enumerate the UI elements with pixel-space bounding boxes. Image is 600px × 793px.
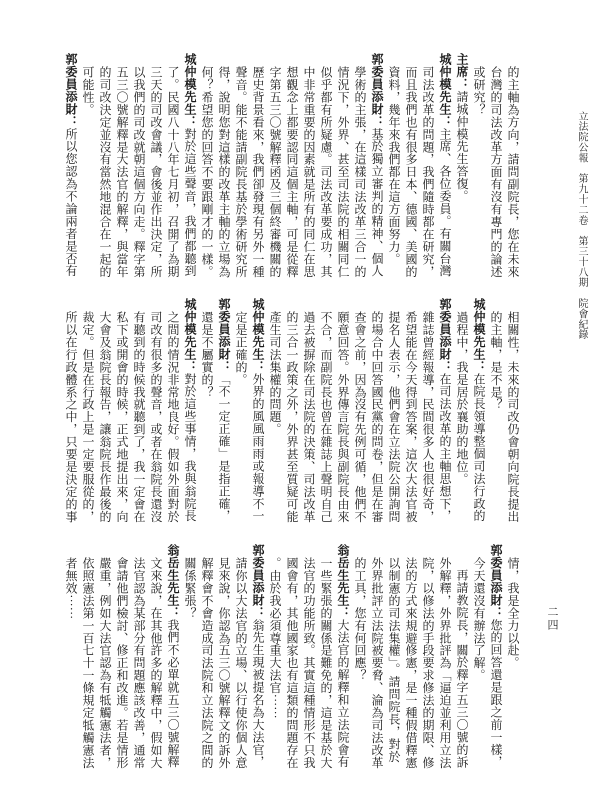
text-column: 法官的功能所致。其實這種情形不只我 [300, 544, 317, 770]
column-text: 的場合中回答國民黨的問卷，但是在審 [370, 311, 384, 523]
text-column: 產生司法集權的問題。 [266, 298, 283, 524]
column-text: 所以您認為不論兩者是否有 [64, 128, 78, 277]
text-column: 聲音。能不能請副院長基於學術研究所 [232, 53, 249, 279]
speaker-name: 郭委員添財： [64, 53, 78, 128]
text-column: 主席：請城仲模先生答復。 [453, 53, 470, 279]
column-text: 大法官的解釋和立法院會有 [336, 619, 350, 768]
column-text: 依照憲法第一百七十一條規定牴觸憲法 [81, 557, 95, 769]
text-column: 以我們的司改就朝這個方向走。釋字第 [130, 53, 147, 279]
column-text: 字第五三〇號解釋函及三個終審機關的 [268, 66, 282, 278]
text-column: 解釋會不會造成司法院和立法院之間的 [198, 544, 215, 770]
text-column: 院，以修法的手段要求修法的期限、修 [419, 544, 436, 770]
text-column: 嚴重，例如大法官認為有牴觸憲法者， [96, 544, 113, 770]
column-text: 私下或開會的時候，正式地提出來，向 [115, 311, 129, 523]
page-number: 二四 [544, 606, 560, 632]
text-column: 城仲模先生：在院長領導整個司法行政的 [470, 298, 487, 524]
text-band-middle: 相關性，未來的司改仍會朝向院長提出的主軸，是不是？城仲模先生：在院長領導整個司法… [62, 298, 521, 524]
column-text: 查會之前，因為沒有先例可循，他們不 [353, 311, 367, 523]
speaker-name: 郭委員添財： [370, 53, 384, 128]
speaker-name: 翁岳生先生： [166, 544, 180, 619]
column-text: 國會有，其他國家也有這類的問題存在 [285, 557, 299, 769]
text-column: 歷史背景看來，我們卻發現有另外一種 [249, 53, 266, 279]
text-column: 郭委員添財：「不一定正確」是指正確， [215, 298, 232, 524]
text-column: 所以在行政體系之中，只要是決定的事 [62, 298, 79, 524]
text-column: 城仲模先生：主席、各位委員。有關台灣 [436, 53, 453, 279]
column-text: 相關性，未來的司改仍會朝向院長提出 [506, 311, 520, 523]
column-text: 了。民國八十八年七月初，召開了為期 [166, 66, 180, 278]
text-column: 請你以大法官的立場、以行使你個人意 [232, 544, 249, 770]
text-column: 郭委員添財：您的回答還是跟之前一樣， [487, 544, 504, 770]
column-text: 情，我是全力以赴。 [506, 557, 520, 669]
column-text: 我們不必單就五三〇號解釋 [166, 619, 180, 768]
column-text: 者無效⋯⋯ [64, 557, 78, 619]
text-column: 學術的主張，在這樣司法改革三合一的 [351, 53, 368, 279]
text-column: 以制憲的司法集權」。請問院長，對於 [385, 544, 402, 770]
column-text: 裁定。但是在行政上是一定要服從的， [81, 311, 95, 523]
text-column: 私下或開會的時候，正式地提出來，向 [113, 298, 130, 524]
column-text: 過程中，我是居於襄助的地位。 [455, 311, 469, 485]
column-text: 翁先生現被提名為大法官， [251, 619, 265, 768]
column-text: 的工具，您有何回應？ [353, 557, 367, 682]
text-column: 的主軸為方向，請問副院長，您在未來 [504, 53, 521, 279]
text-column: 文來說，在其他許多的解釋中，假如大 [147, 544, 164, 770]
column-text: 雜誌曾經報導，民間很多人也很好奇， [421, 311, 435, 523]
text-column: 者無效⋯⋯ [62, 544, 79, 770]
column-text: 的司改決定並沒有當然地混合在一起的 [98, 66, 112, 278]
text-column: 提名人表示，他們會在立法院公開詢問 [385, 298, 402, 524]
column-text: 提名人表示，他們會在立法院公開詢問 [387, 311, 401, 523]
column-text: 主席、各位委員。有關台灣 [438, 128, 452, 277]
column-text: 外界批評立法院被要脅、淪為司法改革 [370, 557, 384, 769]
column-text: 今天還沒有辦法了解。 [472, 557, 486, 682]
text-column: 情況下，外界、甚至司法院的相關同仁 [334, 53, 351, 279]
column-text: 法官認為某部分有問題應該改善，通常 [132, 557, 146, 769]
text-column: 的工具，您有何回應？ [351, 544, 368, 770]
text-column: 國會有，其他國家也有這類的問題存在 [283, 544, 300, 770]
column-text: 三天的司改會議，會後並作出決定，所 [149, 66, 163, 278]
text-column: 郭委員添財：翁先生現被提名為大法官， [249, 544, 266, 770]
column-text: 得，說明您對這樣的改革主軸的立場為 [217, 66, 231, 278]
text-column: 依照憲法第一百七十一條規定牴觸憲法 [79, 544, 96, 770]
column-text: 學術的主張，在這樣司法改革三合一的 [353, 66, 367, 278]
column-text: 解釋會不會造成司法院和立法院之間的 [200, 557, 214, 769]
column-text: 歷史背景看來，我們卻發現有另外一種 [251, 66, 265, 278]
text-column: 裁定。但是在行政上是一定要服從的， [79, 298, 96, 524]
gazette-page: 立法院公報 第九十二卷 第三十八期 院會紀錄 二四 的主軸為方向，請問副院長，您… [0, 0, 600, 793]
speaker-name: 主席： [455, 53, 469, 90]
text-column: 法的方式來規避修憲，是一種假借釋憲 [402, 544, 419, 770]
text-column: 今天還沒有辦法了解。 [470, 544, 487, 770]
column-text: 不合，而副院長也曾在雜誌上聲明自己 [319, 311, 333, 523]
column-text: 院，以修法的手段要求修法的期限、修 [421, 557, 435, 769]
column-text: 定是正確的。 [234, 311, 248, 386]
text-column: 還是不屬實的？ [198, 298, 215, 524]
speaker-name: 翁岳生先生： [336, 544, 350, 619]
column-text: 所以在行政體系之中，只要是決定的事 [64, 311, 78, 523]
text-column: 的場合中回答國民黨的問卷，但是在審 [368, 298, 385, 524]
column-text: 聲音。能不能請副院長基於學術研究所 [234, 66, 248, 278]
text-column: 或研究？ [470, 53, 487, 279]
speaker-name: 郭委員添財： [251, 544, 265, 619]
speaker-name: 城仲模先生： [472, 298, 486, 373]
column-text: 情況下，外界、甚至司法院的相關同仁 [336, 66, 350, 278]
text-column: 三天的司改會議，會後並作出決定，所 [147, 53, 164, 279]
text-column: 定是正確的。 [232, 298, 249, 524]
column-text: 還是不屬實的？ [200, 311, 214, 398]
column-text: 法的方式來規避修憲，是一種假借釋憲 [404, 557, 418, 769]
gazette-header: 立法院公報 第九十二卷 第三十八期 院會紀錄 [574, 111, 589, 340]
text-column: 雜誌曾經報導，民間很多人也很好奇， [419, 298, 436, 524]
column-text: 的主軸為方向，請問副院長，您在未來 [506, 66, 520, 278]
text-column: 會請他們檢討、修正和改進。若是情形 [113, 544, 130, 770]
speaker-name: 城仲模先生： [183, 53, 197, 128]
column-text: 外界的風風雨雨或報導不一 [251, 373, 265, 522]
text-column: 願意回答。外界傳言院長與副院長由來 [334, 298, 351, 524]
column-text: 再請教院長，關於釋字五三〇號的訴 [455, 569, 469, 768]
column-text: 台灣的司法改革方面有沒有專門的論述 [489, 66, 503, 278]
column-text: 大會及翁院長報告，讓翁院長作最後的 [98, 311, 112, 523]
column-text: 中非常重要的因素就是所有的同仁在思 [302, 66, 316, 278]
column-text: 見來說，你認為五三〇號解釋文的訴外 [217, 557, 231, 769]
column-text: 何？希望您的回答不要跟剛才的一樣。 [200, 66, 214, 278]
text-column: 郭委員添財：基於獨立審判的精神、個人 [368, 53, 385, 279]
column-text: 有聽到的時候我就聽到了，我一定會在 [132, 311, 146, 523]
text-column: 何？希望您的回答不要跟剛才的一樣。 [198, 53, 215, 279]
text-column: 過程中，我是居於襄助的地位。 [453, 298, 470, 524]
speaker-name: 郭委員添財： [438, 298, 452, 373]
text-column: 相關性，未來的司改仍會朝向院長提出 [504, 298, 521, 524]
text-column: 司改有很多的聲音，或者在翁院長還沒 [147, 298, 164, 524]
speaker-name: 郭委員添財： [489, 544, 503, 619]
column-text: 「不一定正確」是指正確， [217, 373, 231, 522]
text-band-bottom: 情，我是全力以赴。郭委員添財：您的回答還是跟之前一樣，今天還沒有辦法了解。再請教… [62, 544, 521, 770]
text-column: 城仲模先生：對於這些聲音，我們都聽到 [181, 53, 198, 279]
text-column: 而且我們也有很多日本、德國、美國的 [402, 53, 419, 279]
column-text: 法官的功能所致。其實這種情形不只我 [302, 557, 316, 769]
column-text: 請城仲模先生答復。 [455, 90, 469, 202]
column-text: 以制憲的司法集權」。請問院長，對於 [387, 557, 401, 763]
text-column: 有聽到的時候我就聽到了，我一定會在 [130, 298, 147, 524]
text-column: 情，我是全力以赴。 [504, 544, 521, 770]
column-text: 過去被摒除在司法院的決策、司法改革 [302, 311, 316, 523]
speaker-name: 城仲模先生： [183, 298, 197, 373]
column-text: 的主軸，是不是？ [489, 311, 503, 411]
column-text: 之間的情況非常地良好。假如外面對於 [166, 311, 180, 523]
text-column: 的司改決定並沒有當然地混合在一起的 [96, 53, 113, 279]
text-column: 翁岳生先生：我們不必單就五三〇號解釋 [164, 544, 181, 770]
text-column: 五三〇號解釋是大法官的解釋，與當年 [113, 53, 130, 279]
column-text: 想觀念上都要認同這個主軸，可是從釋 [285, 66, 299, 278]
text-band-top: 的主軸為方向，請問副院長，您在未來台灣的司法改革方面有沒有專門的論述或研究？主席… [62, 53, 521, 279]
text-column: 想觀念上都要認同這個主軸，可是從釋 [283, 53, 300, 279]
speaker-name: 城仲模先生： [438, 53, 452, 128]
column-text: 司改有很多的聲音，或者在翁院長還沒 [149, 311, 163, 523]
text-column: 字第五三〇號解釋函及三個終審機關的 [266, 53, 283, 279]
column-text: 產生司法集權的問題。 [268, 311, 282, 436]
text-column: 關係緊張？ [181, 544, 198, 770]
column-text: 似乎都有所疑慮。司法改革要成功，其 [319, 66, 333, 278]
text-column: 翁岳生先生：大法官的解釋和立法院會有 [334, 544, 351, 770]
text-column: 城仲模先生：外界的風風雨雨或報導不一 [249, 298, 266, 524]
column-text: 基於獨立審判的精神、個人 [370, 128, 384, 277]
text-column: 希望能在今天得到答案，這次大法官被 [402, 298, 419, 524]
text-column: 資料，幾年來我們都在這方面努力。 [385, 53, 402, 279]
column-text: 而且我們也有很多日本、德國、美國的 [404, 66, 418, 278]
column-text: 請你以大法官的立場、以行使你個人意 [234, 557, 248, 769]
text-column: 台灣的司法改革方面有沒有專門的論述 [487, 53, 504, 279]
text-column: 大會及翁院長報告，讓翁院長作最後的 [96, 298, 113, 524]
text-column: 的三合一政策之外，外界甚至質疑可能 [283, 298, 300, 524]
column-text: 會請他們檢討、修正和改進。若是情形 [115, 557, 129, 769]
column-text: 關係緊張？ [183, 557, 197, 619]
column-text: 願意回答。外界傳言院長與副院長由來 [336, 311, 350, 523]
speaker-name: 城仲模先生： [251, 298, 265, 373]
column-text: 您的回答還是跟之前一樣， [489, 619, 503, 768]
text-column: 一些緊張的關係是難免的，這是基於大 [317, 544, 334, 770]
column-text: 對於這些聲音，我們都聽到 [183, 128, 197, 277]
text-column: 查會之前，因為沒有先例可循，他們不 [351, 298, 368, 524]
text-column: 的主軸，是不是？ [487, 298, 504, 524]
text-column: 城仲模先生：對於這些事情，我與翁院長 [181, 298, 198, 524]
text-column: 過去被摒除在司法院的決策、司法改革 [300, 298, 317, 524]
column-text: 文來說，在其他許多的解釋中，假如大 [149, 557, 163, 769]
column-text: 以我們的司改就朝這個方向走。釋字第 [132, 66, 146, 278]
column-text: 嚴重，例如大法官認為有牴觸憲法者， [98, 557, 112, 769]
column-text: 司法改革的問題，我們隨時都在研究， [421, 66, 435, 278]
text-column: 得，說明您對這樣的改革主軸的立場為 [215, 53, 232, 279]
speaker-name: 郭委員添財： [217, 298, 231, 373]
text-column: 。由於我必須尊重大法官⋯⋯ [266, 544, 283, 770]
text-column: 可能性。 [79, 53, 96, 279]
column-text: 。由於我必須尊重大法官⋯⋯ [268, 557, 282, 719]
text-column: 法官認為某部分有問題應該改善，通常 [130, 544, 147, 770]
column-text: 資料，幾年來我們都在這方面努力。 [387, 66, 401, 265]
text-column: 之間的情況非常地良好。假如外面對於 [164, 298, 181, 524]
text-column: 外界批評立法院被要脅、淪為司法改革 [368, 544, 385, 770]
text-column: 不合，而副院長也曾在雜誌上聲明自己 [317, 298, 334, 524]
column-text: 在司法改革的主軸思想下， [438, 373, 452, 522]
text-column: 再請教院長，關於釋字五三〇號的訴 [453, 544, 470, 770]
text-column: 了。民國八十八年七月初，召開了為期 [164, 53, 181, 279]
text-column: 郭委員添財：所以您認為不論兩者是否有 [62, 53, 79, 279]
text-column: 郭委員添財：在司法改革的主軸思想下， [436, 298, 453, 524]
text-column: 似乎都有所疑慮。司法改革要成功，其 [317, 53, 334, 279]
column-text: 五三〇號解釋是大法官的解釋，與當年 [115, 66, 129, 278]
column-text: 的三合一政策之外，外界甚至質疑可能 [285, 311, 299, 523]
column-text: 可能性。 [81, 66, 95, 116]
column-text: 或研究？ [472, 66, 486, 116]
column-text: 外解釋，外界批評為「逼迫並利用立法 [438, 557, 452, 769]
column-text: 希望能在今天得到答案，這次大法官被 [404, 311, 418, 523]
column-text: 一些緊張的關係是難免的，這是基於大 [319, 557, 333, 769]
text-column: 見來說，你認為五三〇號解釋文的訴外 [215, 544, 232, 770]
text-column: 外解釋，外界批評為「逼迫並利用立法 [436, 544, 453, 770]
text-column: 中非常重要的因素就是所有的同仁在思 [300, 53, 317, 279]
column-text: 在院長領導整個司法行政的 [472, 373, 486, 522]
text-column: 司法改革的問題，我們隨時都在研究， [419, 53, 436, 279]
column-text: 對於這些事情，我與翁院長 [183, 373, 197, 522]
